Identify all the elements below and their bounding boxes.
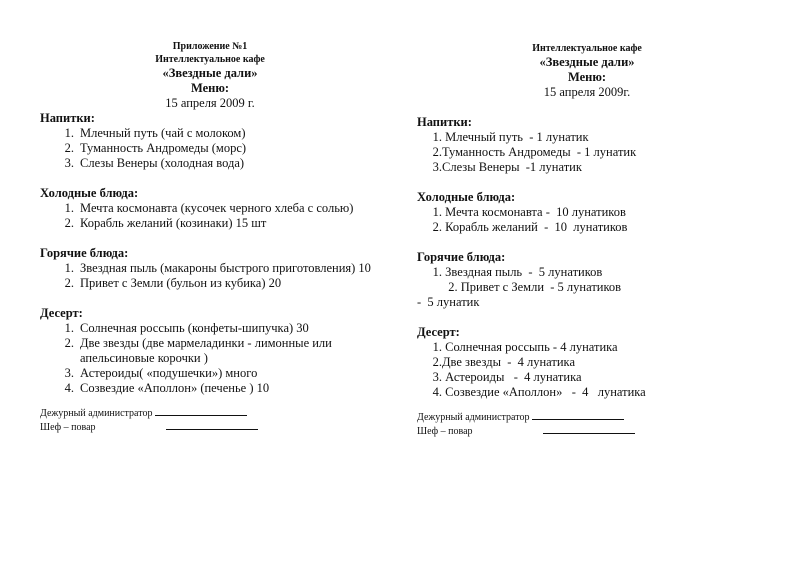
list-item: 2.Две звезды (две мармеладинки - лимонны… <box>40 336 380 366</box>
section-hot-dishes: Горячие блюда: 1. Звездная пыль - 5 луна… <box>417 250 757 310</box>
signature-blank <box>532 410 624 420</box>
section-title: Горячие блюда: <box>417 250 757 265</box>
list-item: 2.Туманность Андромеды - 1 лунатик <box>417 145 757 160</box>
menu-title: Меню: <box>40 81 380 96</box>
section-title: Напитки: <box>40 111 380 126</box>
cafe-type: Интеллектуальное кафе <box>40 53 380 66</box>
section-title: Напитки: <box>417 115 757 130</box>
section-dessert: Десерт: 1.Солнечная россыпь (конфеты-шип… <box>40 306 380 396</box>
list-item: 1.Солнечная россыпь (конфеты-шипучка) 30 <box>40 321 380 336</box>
signature-blank <box>155 406 247 416</box>
cafe-name: «Звездные дали» <box>40 66 380 81</box>
menu-date: 15 апреля 2009 г. <box>40 96 380 111</box>
cafe-type: Интеллектуальное кафе <box>417 42 757 55</box>
list-item: 1.Звездная пыль (макароны быстрого приго… <box>40 261 380 276</box>
section-title: Горячие блюда: <box>40 246 380 261</box>
list-item: 2.Корабль желаний (козинаки) 15 шт <box>40 216 380 231</box>
section-drinks: Напитки: 1.Млечный путь (чай с молоком) … <box>40 111 380 171</box>
signature-blank <box>166 420 258 430</box>
list-item: 2.Привет с Земли (бульон из кубика) 20 <box>40 276 380 291</box>
section-cold-dishes: Холодные блюда: 1.Мечта космонавта (кусо… <box>40 186 380 231</box>
list-item: 1. Звездная пыль - 5 лунатиков <box>417 265 757 280</box>
admin-signature-line: Дежурный администратор <box>40 406 380 420</box>
section-title: Десерт: <box>40 306 380 321</box>
list-item: 1. Млечный путь - 1 лунатик <box>417 130 757 145</box>
menu-date: 15 апреля 2009г. <box>417 85 757 100</box>
chef-signature-line: Шеф – повар <box>417 424 757 438</box>
signature-blank <box>543 424 635 434</box>
section-title: Холодные блюда: <box>40 186 380 201</box>
section-hot-dishes: Горячие блюда: 1.Звездная пыль (макароны… <box>40 246 380 291</box>
menu-title: Меню: <box>417 70 757 85</box>
list-item: 1. Солнечная россыпь - 4 лунатика <box>417 340 757 355</box>
section-title: Холодные блюда: <box>417 190 757 205</box>
list-item: 1.Млечный путь (чай с молоком) <box>40 126 380 141</box>
admin-signature-line: Дежурный администратор <box>417 410 757 424</box>
menu-page-left: Приложение №1 Интеллектуальное кафе «Зве… <box>40 0 380 434</box>
list-item: 3.Слезы Венеры -1 лунатик <box>417 160 757 175</box>
list-item: 3.Астероиды( «подушечки») много <box>40 366 380 381</box>
list-item: - 5 лунатик <box>417 295 757 310</box>
section-cold-dishes: Холодные блюда: 1. Мечта космонавта - 10… <box>417 190 757 235</box>
list-item: 2.Туманность Андромеды (морс) <box>40 141 380 156</box>
list-item: 3. Астероиды - 4 лунатика <box>417 370 757 385</box>
section-drinks: Напитки: 1. Млечный путь - 1 лунатик 2.Т… <box>417 115 757 175</box>
appendix-label: Приложение №1 <box>40 40 380 53</box>
chef-signature-line: Шеф – повар <box>40 420 380 434</box>
list-item: 2. Привет с Земли - 5 лунатиков <box>417 280 757 295</box>
list-item: 2. Корабль желаний - 10 лунатиков <box>417 220 757 235</box>
list-item: 2.Две звезды - 4 лунатика <box>417 355 757 370</box>
list-item: 4.Созвездие «Аполлон» (печенье ) 10 <box>40 381 380 396</box>
list-item: 3.Слезы Венеры (холодная вода) <box>40 156 380 171</box>
section-title: Десерт: <box>417 325 757 340</box>
list-item: 1.Мечта космонавта (кусочек черного хлеб… <box>40 201 380 216</box>
section-dessert: Десерт: 1. Солнечная россыпь - 4 лунатик… <box>417 325 757 400</box>
menu-page-right: Интеллектуальное кафе «Звездные дали» Ме… <box>417 0 757 438</box>
list-item: 4. Созвездие «Аполлон» - 4 лунатика <box>417 385 757 400</box>
cafe-name: «Звездные дали» <box>417 55 757 70</box>
list-item: 1. Мечта космонавта - 10 лунатиков <box>417 205 757 220</box>
